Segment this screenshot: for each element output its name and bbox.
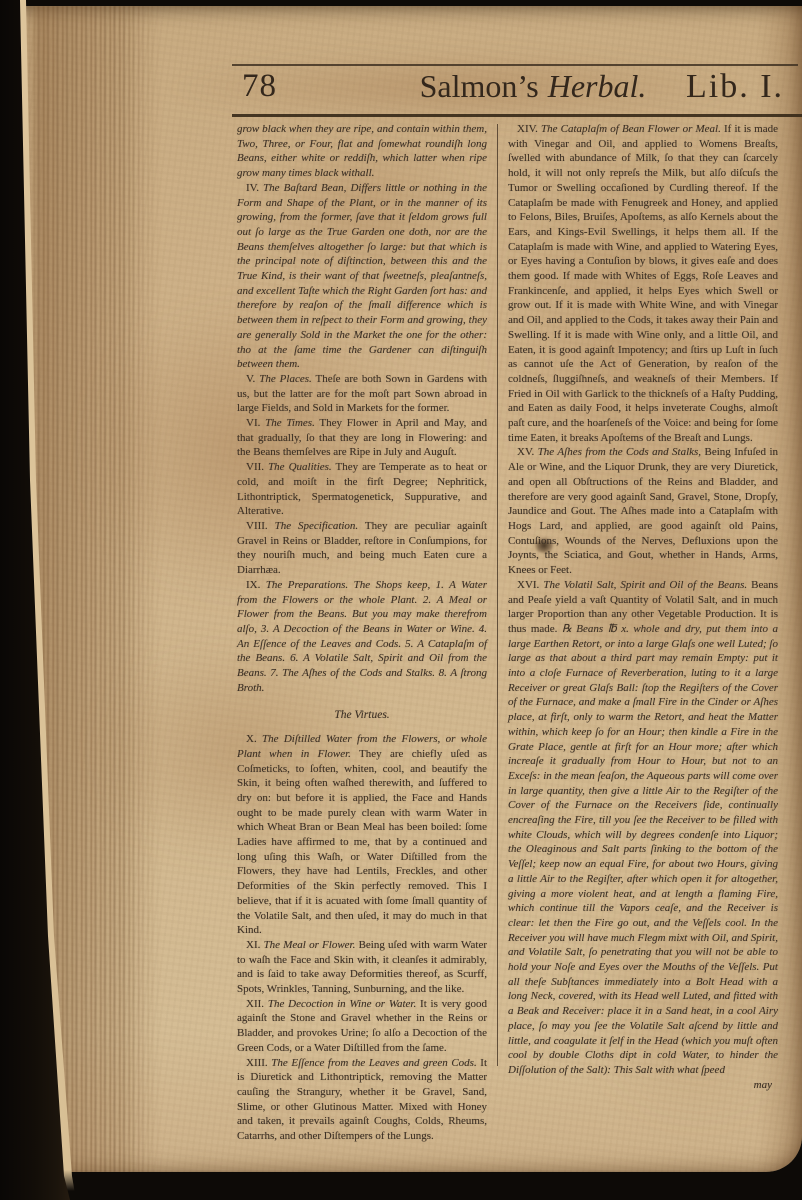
- book-label: Lib. I.: [686, 68, 784, 106]
- paragraph-xvi: XVI. The Volatil Salt, Spirit and Oil of…: [508, 578, 778, 1078]
- paragraph-xiii: XIII. The Eſſence from the Leaves and gr…: [237, 1056, 487, 1144]
- photo-background-bottom: [0, 1170, 802, 1200]
- right-column: XIV. The Cataplaſm of Bean Flower or Mea…: [508, 122, 778, 1092]
- recipe-text: ℞ Beans ℔ x. whole and dry, put them int…: [508, 623, 778, 1076]
- paragraph-iv: IV. The Baſtard Bean, Differs little or …: [237, 181, 487, 372]
- book-page: 78 Salmon’sHerbal. Lib. I. grow black wh…: [18, 6, 802, 1172]
- paragraph-xi: XI. The Meal or Flower. Being uſed with …: [237, 938, 487, 997]
- header-rule-top: [232, 64, 798, 66]
- running-title-italic: Herbal.: [548, 68, 647, 104]
- scanned-book-photo: { "header": { "page_number": "78", "titl…: [0, 0, 802, 1200]
- paragraph-xiv: XIV. The Cataplaſm of Bean Flower or Mea…: [508, 122, 778, 445]
- virtues-heading: The Virtues.: [237, 708, 487, 723]
- paragraph-vii: VII. The Qualities. They are Temperate a…: [237, 460, 487, 519]
- header-rule-bottom: [232, 114, 802, 117]
- paragraph-v: V. The Places. Theſe are both Sown in Ga…: [237, 372, 487, 416]
- gutter-streaks: [24, 6, 162, 1172]
- paragraph-vi: VI. The Times. They Flower in April and …: [237, 416, 487, 460]
- paragraph-xv: XV. The Aſhes from the Cods and Stalks, …: [508, 445, 778, 577]
- paragraph-x: X. The Diſtilled Water from the Flowers,…: [237, 732, 487, 938]
- left-column: grow black when they are ripe, and conta…: [237, 122, 487, 1144]
- page-number: 78: [242, 68, 277, 105]
- catchword: may: [508, 1078, 778, 1093]
- running-title: Salmon’sHerbal.: [383, 68, 683, 105]
- paragraph-xii: XII. The Decoction in Wine or Water. It …: [237, 997, 487, 1056]
- paragraph-ix: IX. The Preparations. The Shops keep, 1.…: [237, 578, 487, 696]
- paragraph-continuation: grow black when they are ripe, and conta…: [237, 122, 487, 181]
- column-divider: [497, 124, 499, 1066]
- running-title-roman: Salmon’s: [420, 68, 539, 104]
- paragraph-viii: VIII. The Specification. They are peculi…: [237, 519, 487, 578]
